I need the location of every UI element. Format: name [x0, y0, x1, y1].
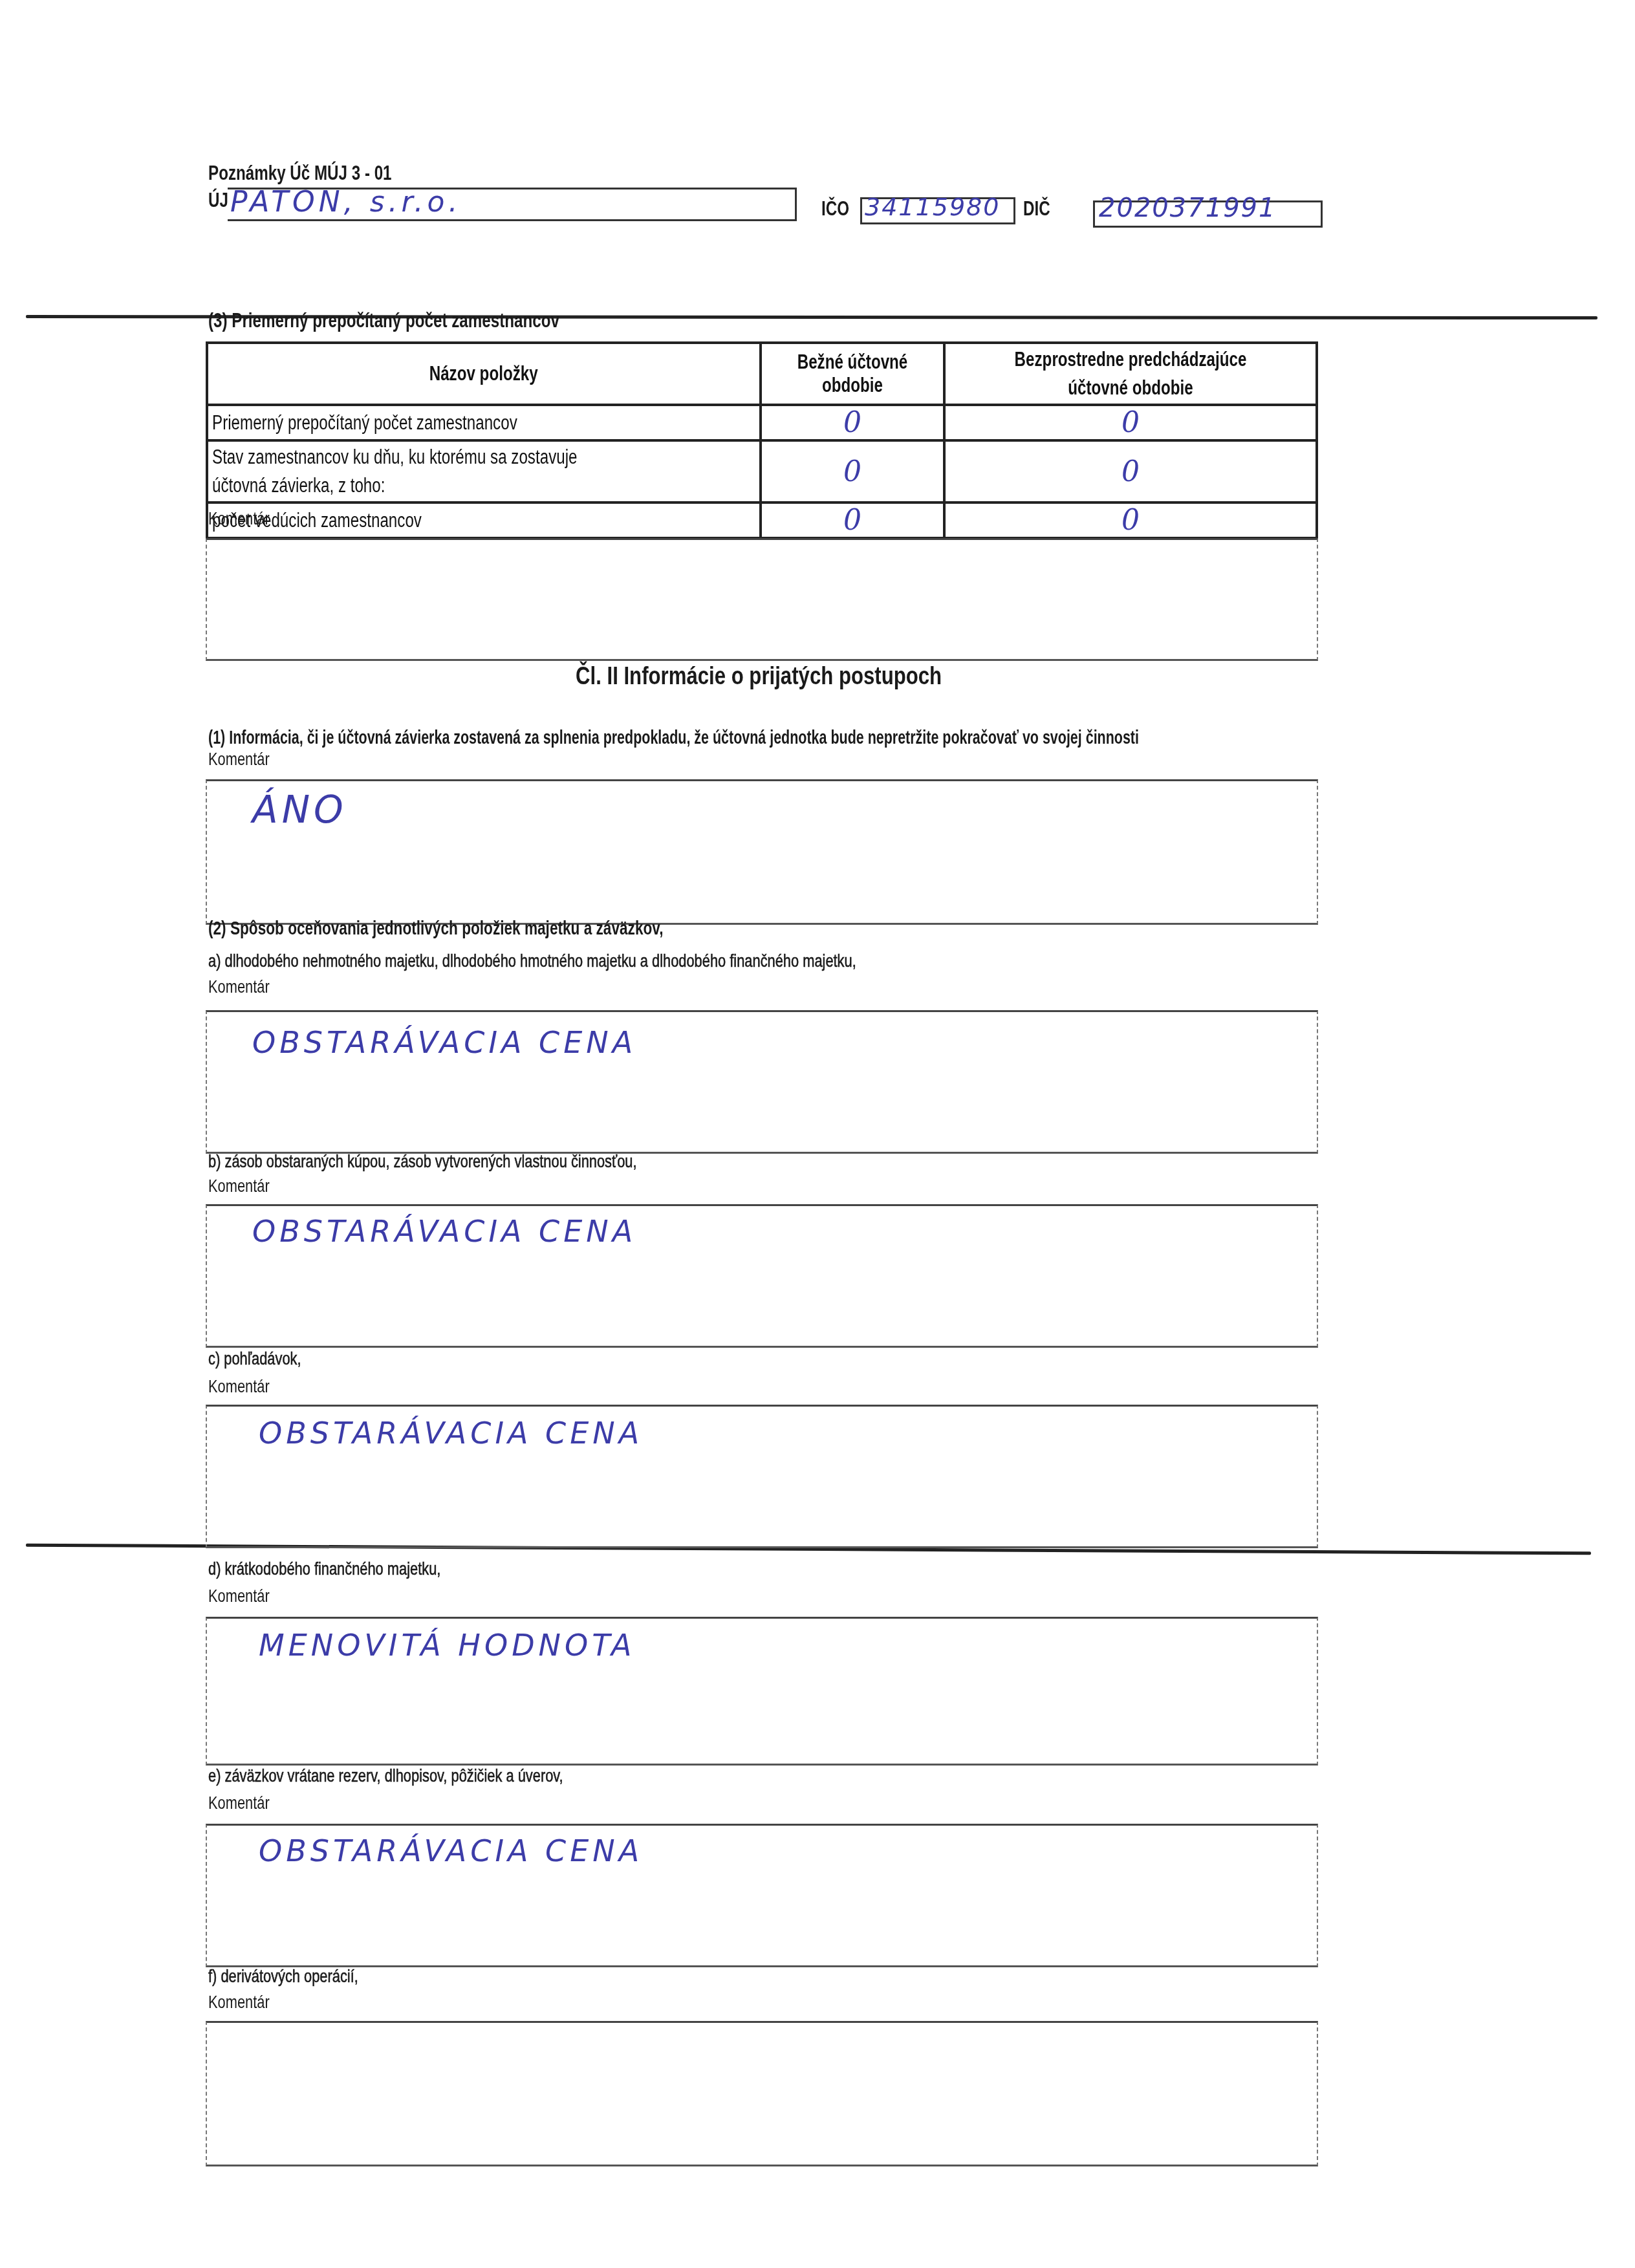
item2b-comment-value: OBSTARÁVACIA CENA [252, 1214, 636, 1249]
ico-field[interactable]: 34115980 [860, 197, 1015, 224]
ico-label: IČO [821, 197, 849, 221]
table-row: Priemerný prepočítaný počet zamestnancov… [207, 405, 1317, 440]
dic-field[interactable]: 2020371991 [1093, 200, 1323, 228]
item2e-text: e) záväzkov vrátane rezerv, dlhopisov, p… [208, 1766, 563, 1786]
item2d-text: d) krátkodobého finančného majetku, [208, 1559, 440, 1579]
current-period-value[interactable]: 0 [761, 440, 944, 502]
current-period-value[interactable]: 0 [761, 502, 944, 538]
form-title: Poznámky Úč MÚJ 3 - 01 [208, 162, 392, 185]
item1-comment-box[interactable]: ÁNO [206, 779, 1318, 925]
row-label: Stav zamestnancov ku dňu, ku ktorému sa … [207, 440, 761, 502]
item2a-comment-value: OBSTARÁVACIA CENA [252, 1025, 636, 1060]
item2f-comment-box[interactable] [206, 2021, 1318, 2166]
item2d-comment-value: MENOVITÁ HODNOTA [259, 1628, 636, 1663]
table-row: počet vedúcich zamestnancov 0 0 [207, 502, 1317, 538]
dic-label: DIČ [1023, 197, 1050, 221]
current-period-value[interactable]: 0 [761, 405, 944, 440]
item2f-comment-label: Komentár [208, 1992, 270, 2013]
item2b-text: b) zásob obstaraných kúpou, zásob vytvor… [208, 1151, 637, 1172]
item2e-comment-value: OBSTARÁVACIA CENA [259, 1833, 643, 1868]
col-header-current-period: Bežné účtovné obdobie [761, 343, 944, 405]
item2c-comment-label: Komentár [208, 1376, 270, 1397]
ico-value: 34115980 [865, 193, 1000, 221]
item2e-comment-box[interactable]: OBSTARÁVACIA CENA [206, 1824, 1318, 1967]
uj-value: PATON, s.r.o. [230, 186, 462, 219]
item2a-comment-box[interactable]: OBSTARÁVACIA CENA [206, 1010, 1318, 1154]
section3-comment-box[interactable] [206, 538, 1318, 661]
row-label: Priemerný prepočítaný počet zamestnancov [207, 405, 761, 440]
table-header-row: Názov položky Bežné účtovné obdobie Bezp… [207, 343, 1317, 405]
item2a-comment-label: Komentár [208, 977, 270, 997]
section3-comment-label: Komentár [208, 508, 270, 529]
item1-comment-value: ÁNO [252, 788, 347, 832]
uj-field[interactable]: PATON, s.r.o. [228, 188, 797, 221]
uj-label: ÚJ [208, 189, 228, 212]
chapter2-title: Čl. II Informácie o prijatých postupoch [576, 663, 942, 691]
table-row: Stav zamestnancov ku dňu, ku ktorému sa … [207, 440, 1317, 502]
item2b-comment-label: Komentár [208, 1176, 270, 1196]
dic-value: 2020371991 [1099, 193, 1277, 223]
row-label: počet vedúcich zamestnancov [207, 502, 761, 538]
item2f-text: f) derivátových operácií, [208, 1966, 358, 1987]
item2c-text: c) pohľadávok, [208, 1348, 301, 1369]
previous-period-value[interactable]: 0 [944, 440, 1317, 502]
item2d-comment-label: Komentár [208, 1586, 270, 1606]
item2e-comment-label: Komentár [208, 1793, 270, 1813]
item2b-comment-box[interactable]: OBSTARÁVACIA CENA [206, 1204, 1318, 1348]
previous-period-value[interactable]: 0 [944, 405, 1317, 440]
item2-text: (2) Spôsob oceňovania jednotlivých polož… [208, 918, 664, 940]
col-header-item-name: Názov položky [207, 343, 761, 405]
item2c-comment-value: OBSTARÁVACIA CENA [259, 1416, 643, 1451]
section3-title: (3) Priemerný prepočítaný počet zamestna… [208, 309, 559, 332]
item2c-comment-box[interactable]: OBSTARÁVACIA CENA [206, 1405, 1318, 1548]
item2d-comment-box[interactable]: MENOVITÁ HODNOTA [206, 1617, 1318, 1766]
item1-text: (1) Informácia, či je účtovná závierka z… [208, 728, 1139, 749]
item1-comment-label: Komentár [208, 749, 270, 770]
previous-period-value[interactable]: 0 [944, 502, 1317, 538]
col-header-previous-period: Bezprostredne predchádzajúce účtovné obd… [944, 343, 1317, 405]
employee-count-table: Názov položky Bežné účtovné obdobie Bezp… [206, 341, 1318, 539]
item2a-text: a) dlhodobého nehmotného majetku, dlhodo… [208, 951, 856, 971]
